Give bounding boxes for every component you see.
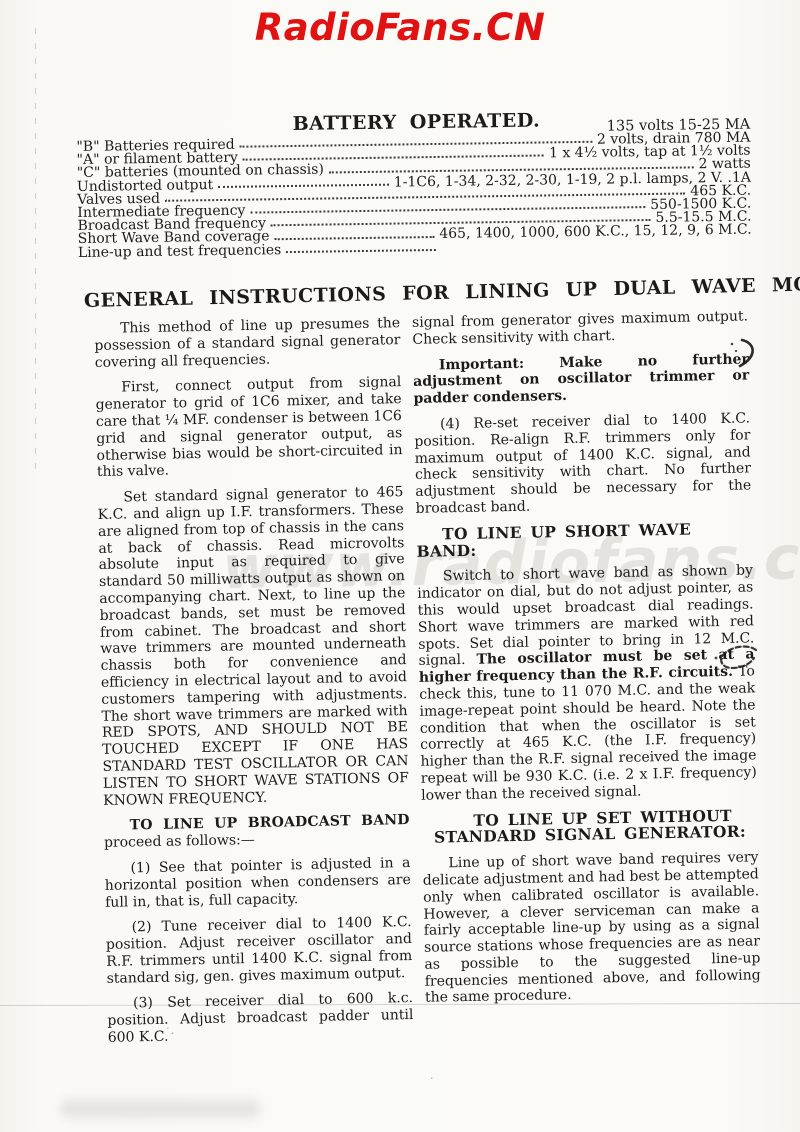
- paragraph: This method of line up presumes the poss…: [94, 315, 401, 371]
- page-title: GENERAL INSTRUCTIONS FOR LINING UP DUAL …: [84, 275, 750, 312]
- spec-value: 135 volts 15-25 MA: [607, 117, 751, 135]
- dotted-leader: [275, 236, 435, 240]
- numbered-step: (2) Tune receiver dial to 1400 K.C. posi…: [106, 914, 413, 987]
- paragraph: signal from generator gives maximum outp…: [412, 308, 749, 348]
- spec-label: Line-up and test frequencies: [78, 244, 282, 260]
- document-body: This method of line up presumes the poss…: [94, 308, 762, 1055]
- paragraph: Line up of short wave band requires very…: [422, 849, 761, 1007]
- numbered-step: (1) See that pointer is adjusted in a ho…: [104, 855, 411, 911]
- heading-caps: TO LINE UP BROADCAST BAND: [130, 812, 410, 833]
- paragraph: First, connect output from signal genera…: [95, 375, 403, 482]
- heading-rest: proceed as follows:—: [104, 832, 255, 851]
- dotted-leader: [218, 183, 389, 187]
- broadcast-band-heading: TO LINE UP BROADCAST BAND proceed as fol…: [104, 812, 411, 851]
- left-column: This method of line up presumes the poss…: [94, 315, 414, 1056]
- scan-smudge: [60, 1100, 260, 1118]
- dotted-leader: [243, 155, 544, 161]
- right-column: signal from generator gives maximum outp…: [412, 308, 762, 1049]
- numbered-step: (3) Set receiver dial to 600 k.c. positi…: [107, 990, 414, 1046]
- important-note: Important: Make no further adjustment on…: [413, 351, 750, 408]
- spec-title-row: BATTERY OPERATED. 135 volts 15-25 MA: [76, 107, 750, 138]
- site-banner: RadioFans.CN: [0, 6, 800, 49]
- dotted-leader: [286, 249, 436, 253]
- battery-spec-table: BATTERY OPERATED. 135 volts 15-25 MA "B"…: [76, 107, 752, 260]
- paragraph: Switch to short wave band as shown by in…: [417, 563, 757, 805]
- scan-fold-line: [35, 28, 36, 478]
- section-title: BATTERY OPERATED.: [226, 109, 607, 136]
- ink-speck: ·: [430, 1072, 434, 1085]
- no-generator-heading: TO LINE UP SET WITHOUT STANDARD SIGNAL G…: [422, 807, 759, 847]
- paragraph: Set standard signal generator to 465 K.C…: [97, 484, 409, 809]
- numbered-step: (4) Re-set receiver dial to 1400 K.C. po…: [414, 410, 752, 517]
- short-wave-heading: TO LINE UP SHORT WAVE BAND:: [416, 520, 753, 560]
